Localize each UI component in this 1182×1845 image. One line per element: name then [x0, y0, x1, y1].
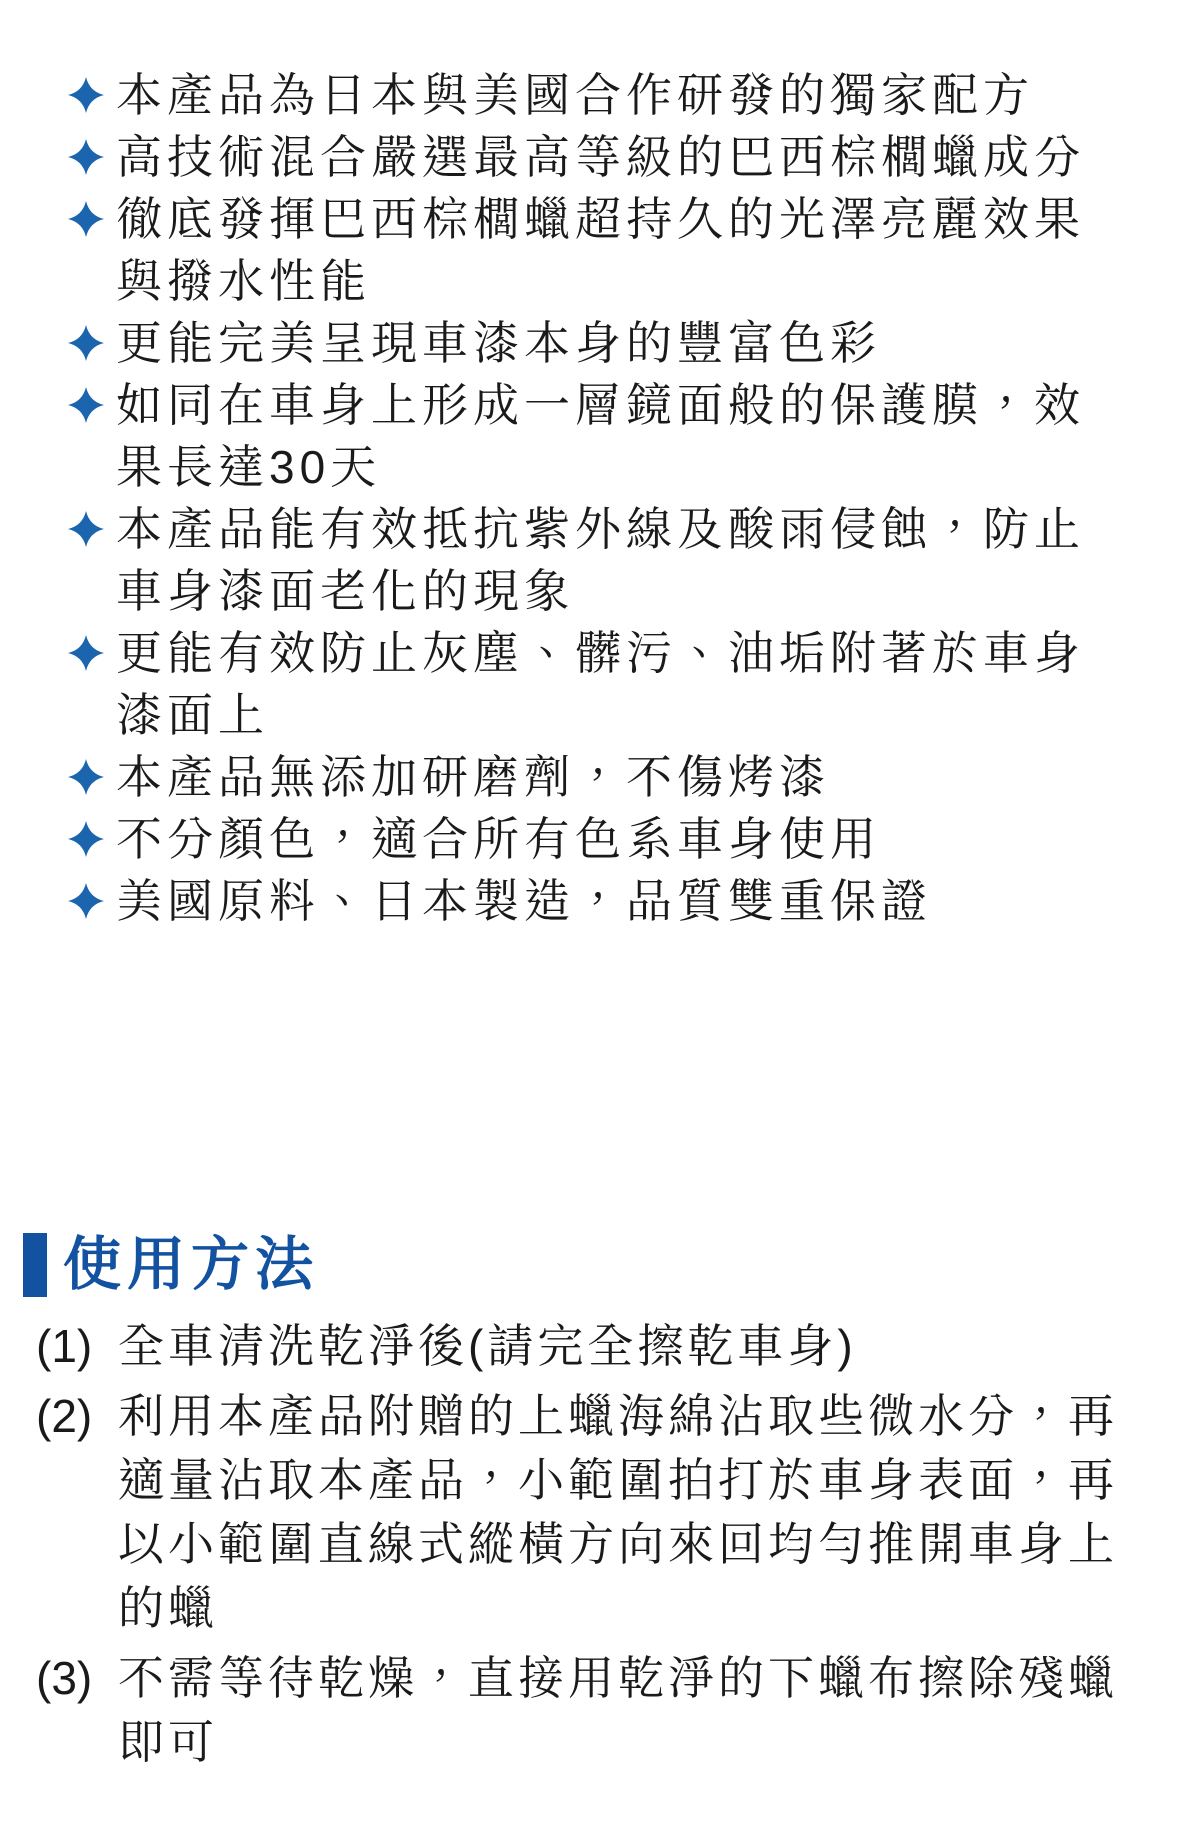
feature-item: 更能有效防止灰塵、髒污、油垢附著於車身漆面上	[68, 622, 1152, 746]
feature-text: 高技術混合嚴選最高等級的巴西棕櫚蠟成分	[116, 126, 1118, 188]
usage-step-list: (1) 全車清洗乾淨後(請完全擦乾車身) (2) 利用本產品附贈的上蠟海綿沾取些…	[0, 1314, 1182, 1774]
four-pointed-star-icon	[68, 188, 116, 250]
feature-list: 本產品為日本與美國合作研發的獨家配方 高技術混合嚴選最高等級的巴西棕櫚蠟成分 徹…	[0, 0, 1182, 932]
step-number: (1)	[36, 1314, 118, 1378]
four-pointed-star-icon	[68, 870, 116, 932]
feature-text: 徹底發揮巴西棕櫚蠟超持久的光澤亮麗效果與撥水性能	[116, 188, 1118, 312]
four-pointed-star-icon	[68, 312, 116, 374]
step-text: 不需等待乾燥，直接用乾淨的下蠟布擦除殘蠟即可	[118, 1646, 1164, 1774]
feature-item: 不分顏色，適合所有色系車身使用	[68, 808, 1152, 870]
header-accent-bar	[23, 1233, 47, 1297]
product-description-page: 本產品為日本與美國合作研發的獨家配方 高技術混合嚴選最高等級的巴西棕櫚蠟成分 徹…	[0, 0, 1182, 1845]
four-pointed-star-icon	[68, 374, 116, 436]
four-pointed-star-icon	[68, 126, 116, 188]
feature-item: 本產品能有效抵抗紫外線及酸雨侵蝕，防止車身漆面老化的現象	[68, 498, 1152, 622]
feature-text: 更能完美呈現車漆本身的豐富色彩	[116, 312, 1118, 374]
feature-item: 徹底發揮巴西棕櫚蠟超持久的光澤亮麗效果與撥水性能	[68, 188, 1152, 312]
usage-section-header: 使用方法	[23, 1232, 1182, 1298]
usage-step: (2) 利用本產品附贈的上蠟海綿沾取些微水分，再適量沾取本產品，小範圍拍打於車身…	[36, 1384, 1182, 1640]
four-pointed-star-icon	[68, 746, 116, 808]
four-pointed-star-icon	[68, 622, 116, 684]
step-number: (3)	[36, 1646, 118, 1710]
feature-text: 美國原料、日本製造，品質雙重保證	[116, 870, 1118, 932]
feature-text: 更能有效防止灰塵、髒污、油垢附著於車身漆面上	[116, 622, 1118, 746]
step-text: 全車清洗乾淨後(請完全擦乾車身)	[118, 1314, 1164, 1378]
four-pointed-star-icon	[68, 808, 116, 870]
feature-item: 如同在車身上形成一層鏡面般的保護膜，效果長達30天	[68, 374, 1152, 498]
step-number: (2)	[36, 1384, 118, 1448]
usage-step: (1) 全車清洗乾淨後(請完全擦乾車身)	[36, 1314, 1182, 1378]
feature-item: 本產品無添加研磨劑，不傷烤漆	[68, 746, 1152, 808]
usage-step: (3) 不需等待乾燥，直接用乾淨的下蠟布擦除殘蠟即可	[36, 1646, 1182, 1774]
feature-text: 本產品能有效抵抗紫外線及酸雨侵蝕，防止車身漆面老化的現象	[116, 498, 1118, 622]
feature-item: 高技術混合嚴選最高等級的巴西棕櫚蠟成分	[68, 126, 1152, 188]
feature-text: 如同在車身上形成一層鏡面般的保護膜，效果長達30天	[116, 374, 1118, 498]
feature-item: 美國原料、日本製造，品質雙重保證	[68, 870, 1152, 932]
four-pointed-star-icon	[68, 64, 116, 126]
four-pointed-star-icon	[68, 498, 116, 560]
feature-text: 本產品無添加研磨劑，不傷烤漆	[116, 746, 1118, 808]
feature-text: 本產品為日本與美國合作研發的獨家配方	[116, 64, 1118, 126]
feature-text: 不分顏色，適合所有色系車身使用	[116, 808, 1118, 870]
feature-item: 本產品為日本與美國合作研發的獨家配方	[68, 64, 1152, 126]
step-text: 利用本產品附贈的上蠟海綿沾取些微水分，再適量沾取本產品，小範圍拍打於車身表面，再…	[118, 1384, 1164, 1640]
usage-section-title: 使用方法	[63, 1232, 319, 1298]
feature-item: 更能完美呈現車漆本身的豐富色彩	[68, 312, 1152, 374]
